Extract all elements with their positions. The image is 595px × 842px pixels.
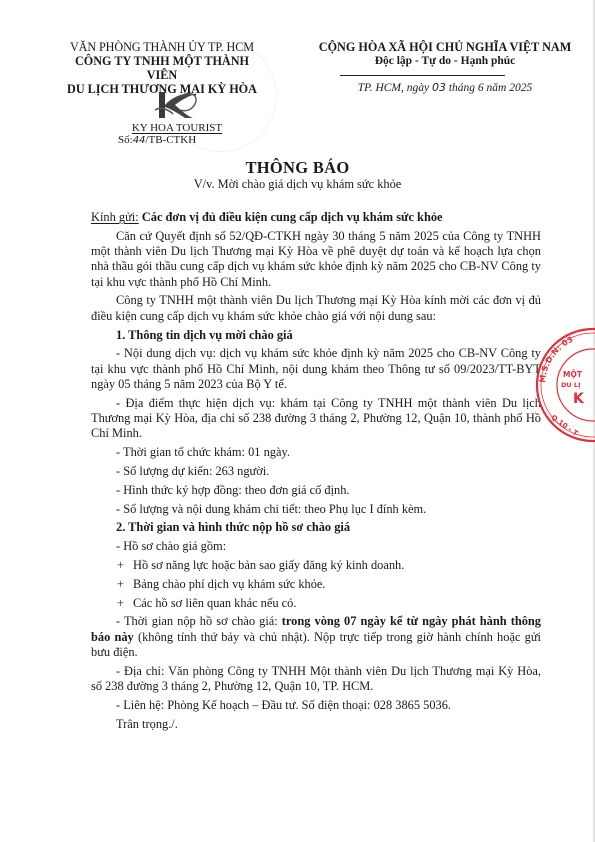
ky-hoa-logo-icon [151,88,201,122]
closing: Trân trọng./. [91,717,541,732]
doc-number-handwritten: 44 [133,135,146,146]
motto: Độc lập - Tự do - Hạnh phúc [300,54,590,68]
svg-text:MỘT: MỘT [563,370,583,379]
date-day-handwritten: 03 [432,81,446,94]
doc-number-label: Số: [118,134,133,146]
doc-item: +Các hồ sơ liên quan khác nếu có. [91,596,541,611]
document-number: Số:44/TB-CTKH [118,134,196,147]
paragraph-basis: Căn cứ Quyết định số 52/QĐ-CTKH ngày 30 … [91,229,541,290]
date-suffix: tháng 6 năm 2025 [446,82,532,94]
submission-deadline: - Thời gian nộp hồ sơ chào giá: trong vò… [91,614,541,660]
document-title: THÔNG BÁO [0,158,595,178]
service-location: - Địa điểm thực hiện dịch vụ: khám tại C… [91,396,541,442]
recipient-label: Kính gửi: [91,210,139,224]
plus-bullet-icon: + [117,577,124,592]
issuer-name-1: CÔNG TY TNHH MỘT THÀNH VIÊN [62,54,262,82]
motto-underline [340,75,505,76]
doc-item-text: Hồ sơ năng lực hoặc bản sao giấy đăng ký… [133,558,404,572]
issuer-parent: VĂN PHÒNG THÀNH ỦY TP. HCM [62,40,262,54]
plus-bullet-icon: + [117,596,124,611]
expected-headcount: - Số lượng dự kiến: 263 người. [91,464,541,479]
doc-item: +Hồ sơ năng lực hoặc bản sao giấy đăng k… [91,558,541,573]
section2-heading: 2. Thời gian và hình thức nộp hồ sơ chào… [91,520,541,535]
document-body: Kính gửi: Các đơn vị đủ điều kiện cung c… [91,210,541,732]
deadline-prefix: - Thời gian nộp hồ sơ chào giá: [116,614,282,628]
deadline-suffix: (không tính thứ bảy và chủ nhật). Nộp tr… [91,630,541,659]
exam-details: - Số lượng và nội dung khám chi tiết: th… [91,502,541,517]
paragraph-invitation: Công ty TNHH một thành viên Du lịch Thươ… [91,293,541,324]
doc-number-suffix: /TB-CTKH [145,134,196,146]
company-seal-icon: M.S.D.N: 03 MỘT DU LỊ K Q.10 - T [533,325,595,445]
recipient-line: Kính gửi: Các đơn vị đủ điều kiện cung c… [91,210,541,225]
doc-item: +Bảng chào phí dịch vụ khám sức khỏe. [91,577,541,592]
plus-bullet-icon: + [117,558,124,573]
brand-name: KY HOA TOURIST [132,122,222,134]
country-name: CỘNG HÒA XÃ HỘI CHỦ NGHĨA VIỆT NAM [300,40,590,54]
national-motto-block: CỘNG HÒA XÃ HỘI CHỦ NGHĨA VIỆT NAM Độc l… [300,40,590,68]
contact-info: - Liên hệ: Phòng Kế hoạch – Đầu tư. Số đ… [91,698,541,713]
date-prefix: TP. HCM, ngày [358,82,432,94]
document-subject: V/v. Mời chào giá dịch vụ khám sức khỏe [0,176,595,192]
recipient-value: Các đơn vị đủ điều kiện cung cấp dịch vụ… [142,210,443,224]
doc-item-text: Các hồ sơ liên quan khác nếu có. [133,596,296,610]
service-content: - Nội dung dịch vụ: dịch vụ khám sức khỏ… [91,346,541,392]
docs-intro: - Hồ sơ chào giá gồm: [91,539,541,554]
doc-item-text: Bảng chào phí dịch vụ khám sức khỏe. [133,577,326,591]
svg-text:DU LỊ: DU LỊ [561,381,581,389]
section1-heading: 1. Thông tin dịch vụ mời chào giá [91,328,541,343]
submission-address: - Địa chỉ: Văn phòng Công ty TNHH Một th… [91,664,541,695]
svg-text:K: K [573,391,585,407]
contract-type: - Hình thức ký hợp đồng: theo đơn giá cố… [91,483,541,498]
exam-duration: - Thời gian tổ chức khám: 01 ngày. [91,445,541,460]
issue-date: TP. HCM, ngày 03 tháng 6 năm 2025 [300,81,590,95]
